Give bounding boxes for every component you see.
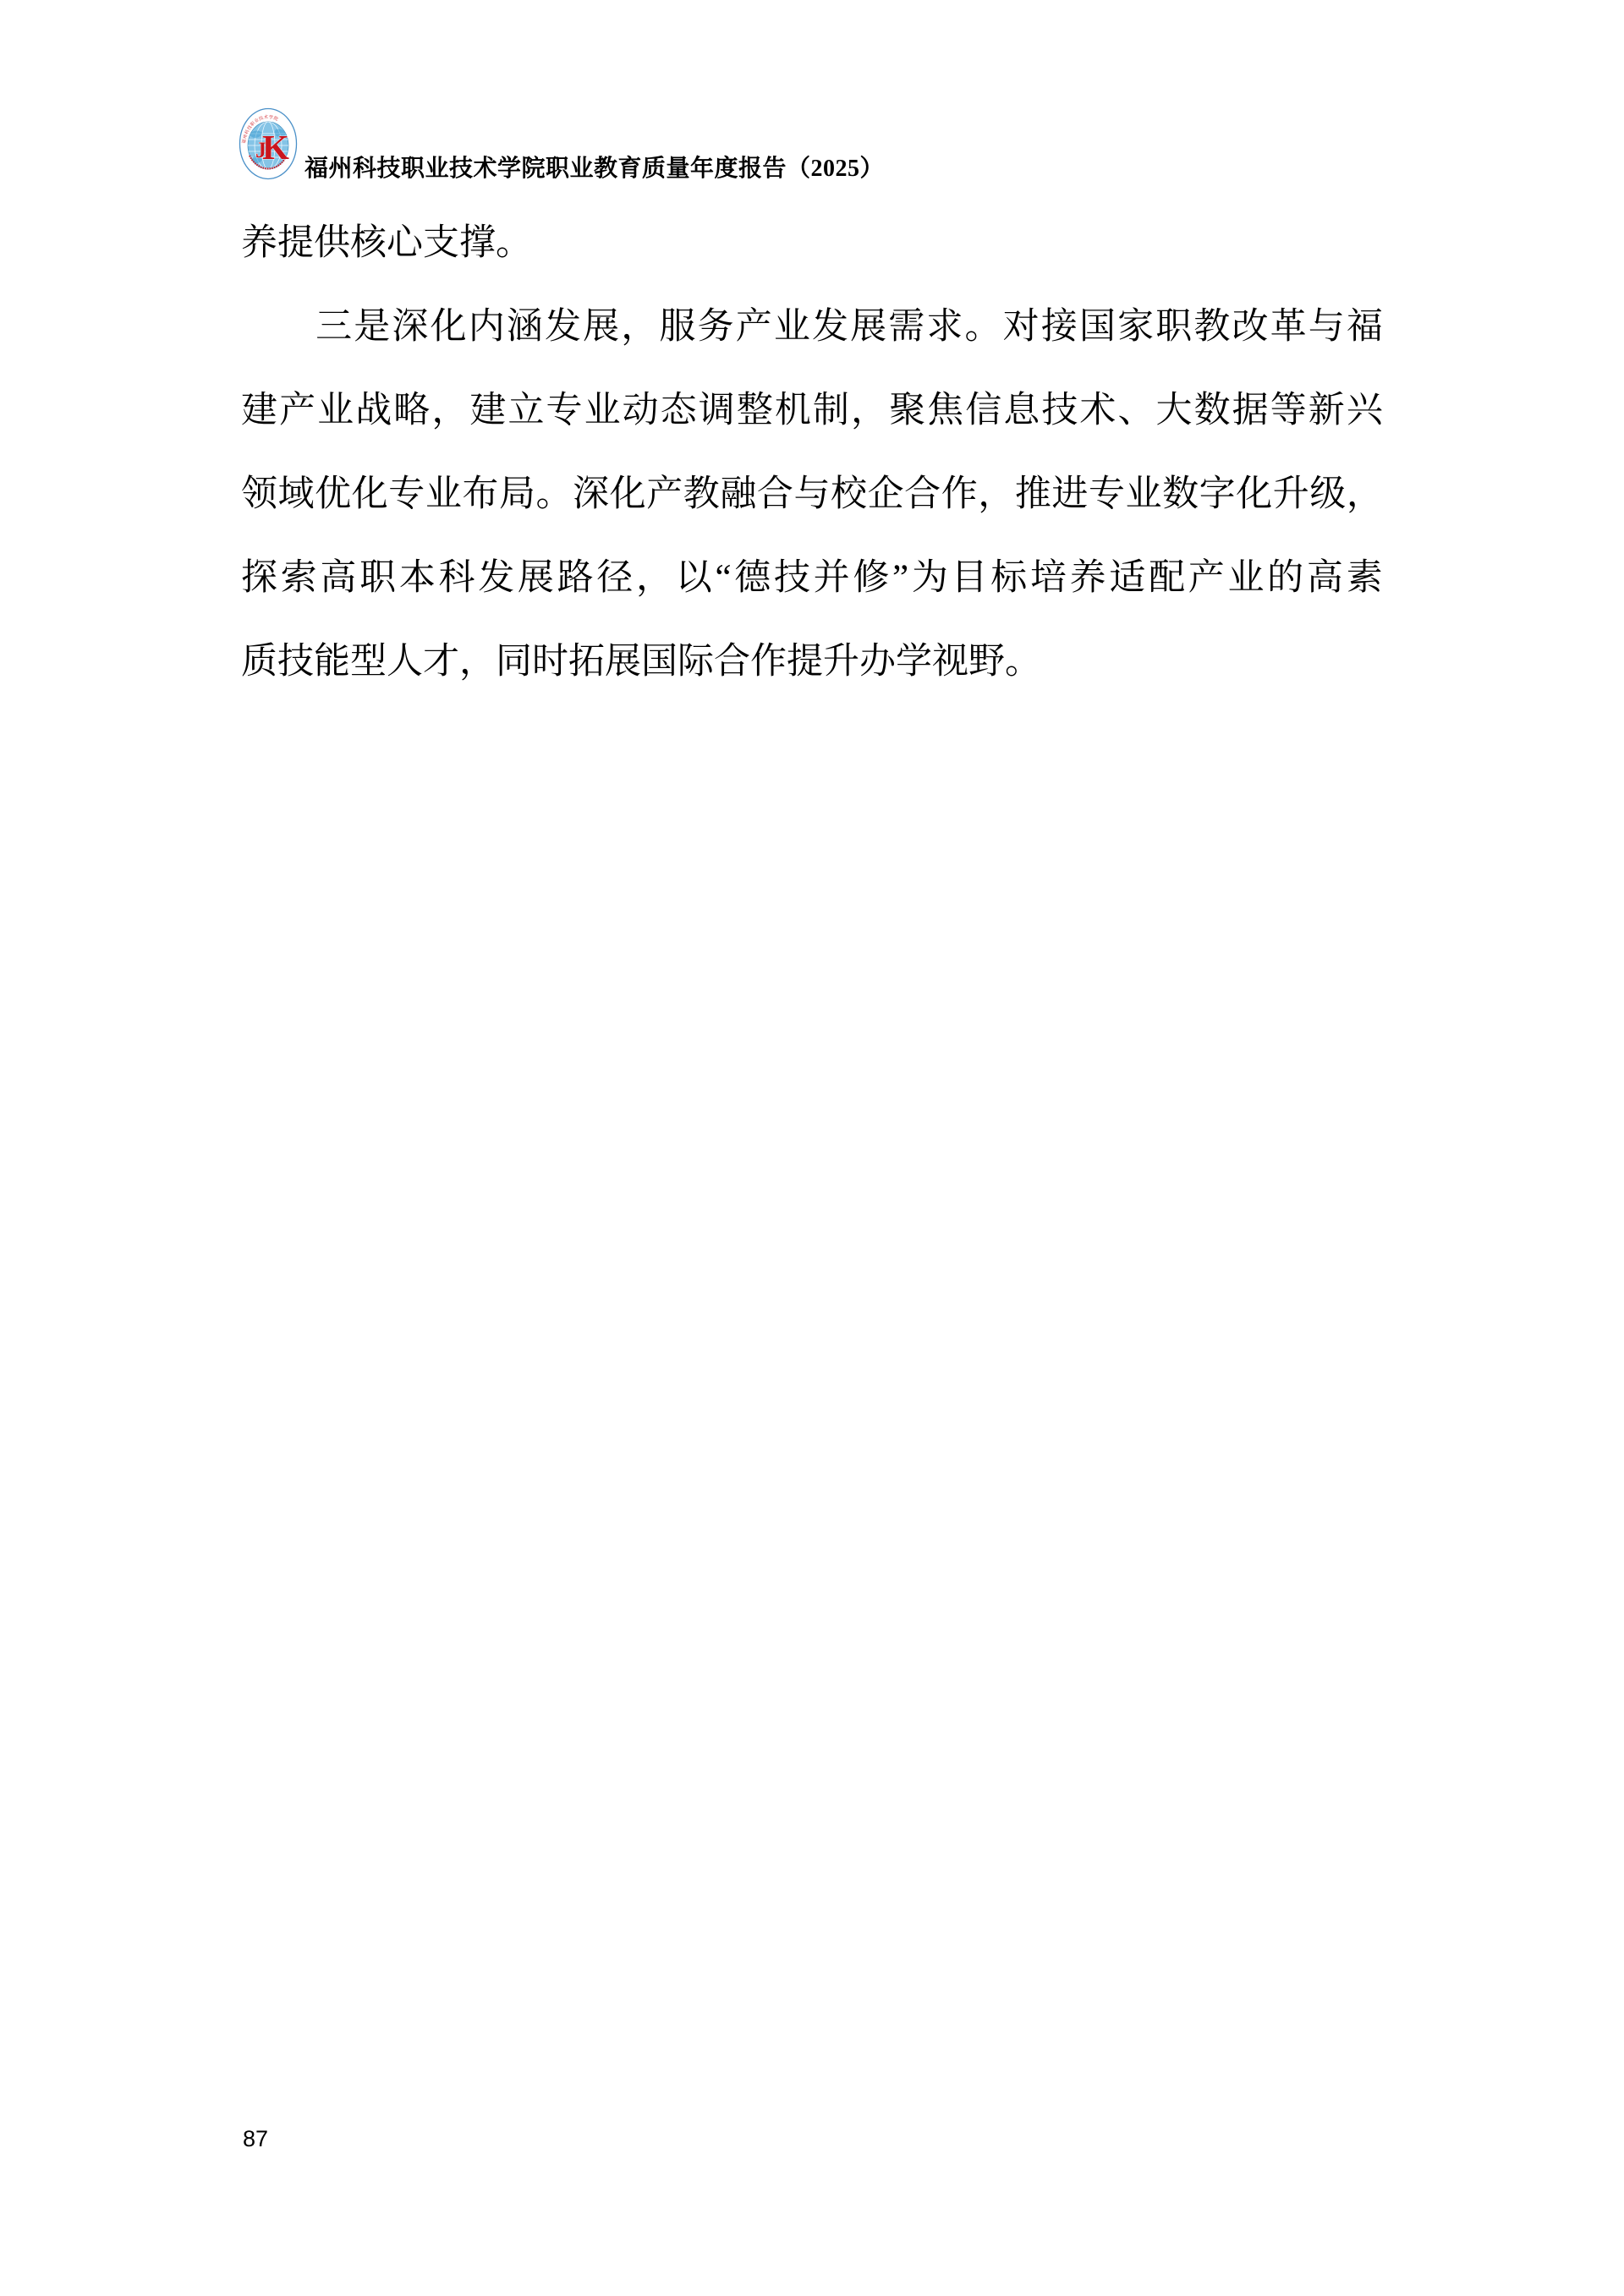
document-text-line: 养提供核心支撑。	[241, 201, 1383, 285]
report-title: 福州科技职业技术学院职业教育质量年度报告（2025）	[304, 150, 884, 184]
first-line-indent	[241, 285, 314, 369]
document-body: 养提供核心支撑。三是深化内涵发展，服务产业发展需求。对接国家职教改革与福建产业战…	[241, 201, 1383, 704]
document-text-line: 领域优化专业布局。深化产教融合与校企合作，推进专业数字化升级，	[241, 452, 1383, 536]
page-number: 87	[243, 2124, 268, 2153]
document-text-line: 质技能型人才，同时拓展国际合作提升办学视野。	[241, 620, 1383, 704]
document-text-line: 三是深化内涵发展，服务产业发展需求。对接国家职教改革与福	[241, 285, 1383, 369]
document-text-line: 探索高职本科发展路径，以“德技并修”为目标培养适配产业的高素	[241, 536, 1383, 620]
seal-monogram-k: K	[262, 128, 289, 167]
school-seal-logo: 福州科技职业技术学院 J K	[239, 107, 298, 180]
document-text-line: 建产业战略，建立专业动态调整机制，聚焦信息技术、大数据等新兴	[241, 369, 1383, 452]
document-page: 福州科技职业技术学院 J K 福州科技职业技术学院职业教育质量年度报告（2025…	[0, 0, 1624, 2296]
